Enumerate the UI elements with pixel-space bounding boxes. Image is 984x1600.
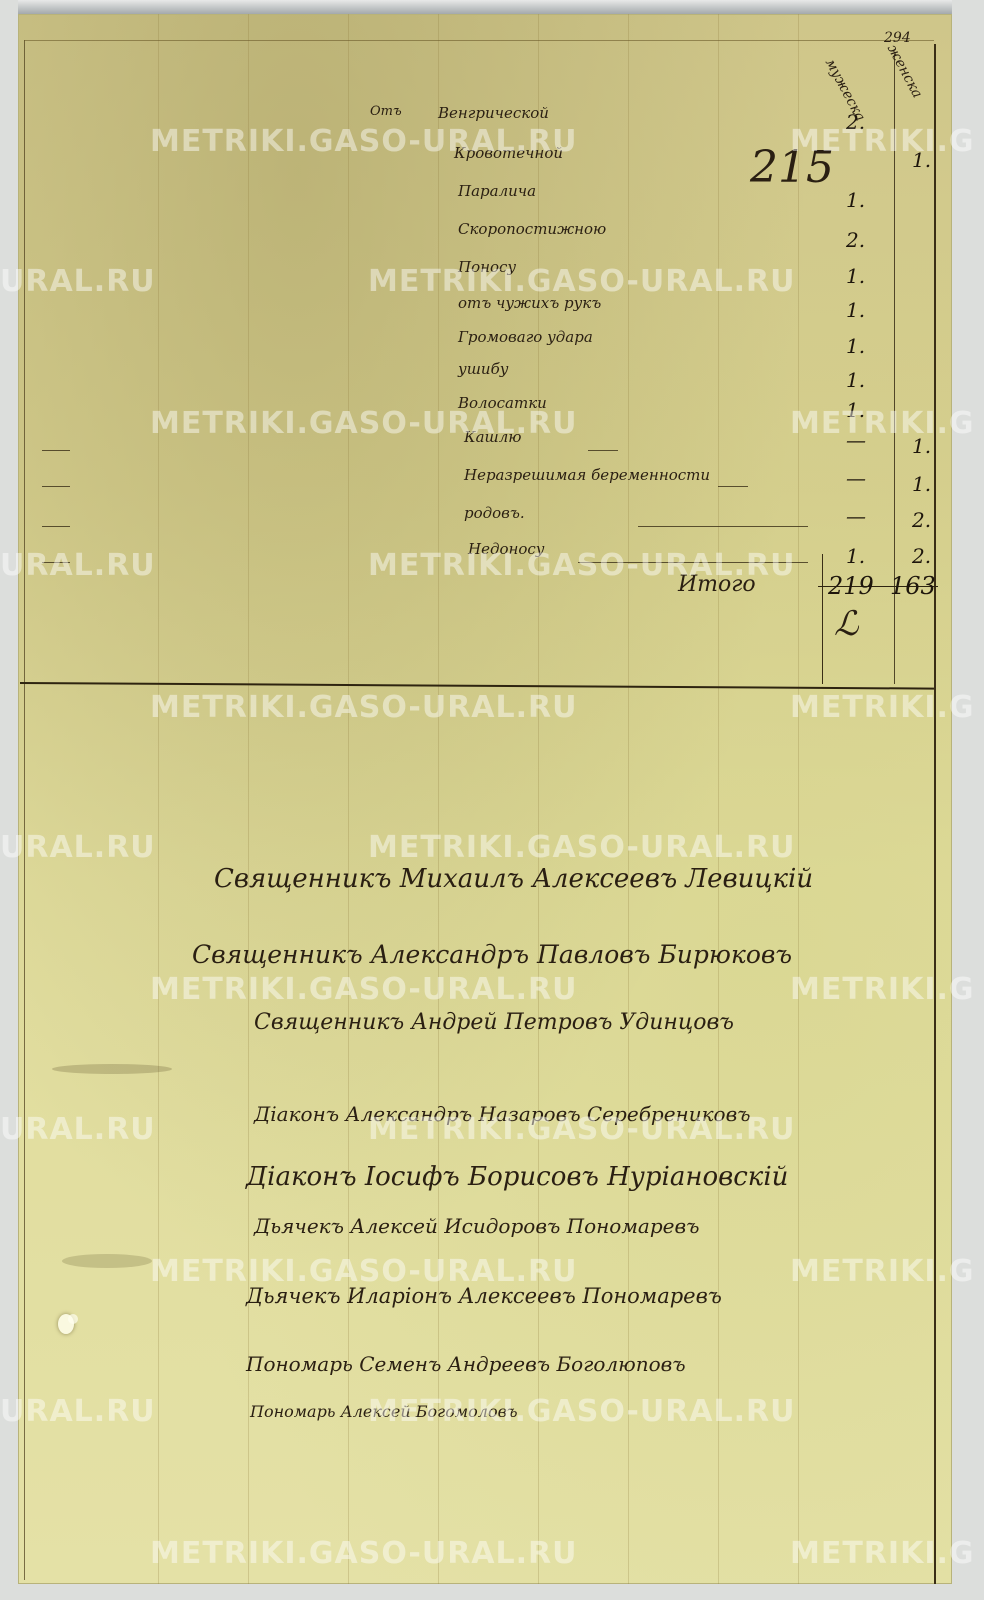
watermark: METRIKI.G bbox=[790, 124, 975, 159]
paper-texture bbox=[348, 14, 349, 1584]
signature-line: Священникъ Михаилъ Алексеевъ Левицкій bbox=[214, 864, 813, 894]
paper-texture bbox=[438, 14, 439, 1584]
signature-line: Священникъ Александръ Павловъ Бирюковъ bbox=[192, 940, 792, 969]
row-cause: Громоваго удара bbox=[458, 328, 593, 346]
watermark: URAL.RU bbox=[0, 548, 156, 583]
signature-line: Дьячекъ Алексей Исидоровъ Пономаревъ bbox=[254, 1214, 699, 1238]
row-dash bbox=[42, 526, 70, 527]
paper-texture bbox=[718, 14, 719, 1584]
document-page: 294 215 мужеска женска Отъ Венгрической … bbox=[18, 14, 952, 1584]
row-male: 1. bbox=[846, 368, 865, 392]
row-male: — bbox=[846, 504, 866, 528]
row-male: — bbox=[846, 466, 866, 490]
row-dash bbox=[638, 526, 808, 527]
row-female: 1. bbox=[912, 472, 931, 496]
row-cause: родовъ. bbox=[464, 504, 525, 522]
row-dash bbox=[718, 486, 748, 487]
paper-stain bbox=[62, 1254, 152, 1268]
watermark: METRIKI.GASO-URAL.RU bbox=[150, 124, 578, 159]
row-cause: Неразрешимая беременности bbox=[464, 466, 710, 484]
right-margin-rule bbox=[934, 44, 936, 1584]
paper-stain bbox=[68, 1314, 78, 1324]
watermark: URAL.RU bbox=[0, 1394, 156, 1429]
watermark: METRIKI.GASO-URAL.RU bbox=[368, 1394, 796, 1429]
watermark: URAL.RU bbox=[0, 264, 156, 299]
row-male: 1. bbox=[846, 544, 865, 568]
total-female: 163 bbox=[890, 572, 936, 600]
watermark: URAL.RU bbox=[0, 830, 156, 865]
paper-stain bbox=[52, 1064, 172, 1074]
watermark: METRIKI.GASO-URAL.RU bbox=[150, 406, 578, 441]
row-dash bbox=[42, 450, 70, 451]
row-dash bbox=[42, 486, 70, 487]
watermark: METRIKI.GASO-URAL.RU bbox=[150, 972, 578, 1007]
watermark: METRIKI.GASO-URAL.RU bbox=[368, 1112, 796, 1147]
watermark: METRIKI.G bbox=[790, 406, 975, 441]
row-male: 1. bbox=[846, 298, 865, 322]
row-male: 1. bbox=[846, 334, 865, 358]
watermark: METRIKI.GASO-URAL.RU bbox=[368, 830, 796, 865]
paper-texture bbox=[248, 14, 249, 1584]
signature-line: Пономарь Семенъ Андреевъ Боголюповъ bbox=[246, 1352, 686, 1376]
row-male: 2. bbox=[846, 228, 865, 252]
row-female: 2. bbox=[912, 544, 931, 568]
watermark: METRIKI.GASO-URAL.RU bbox=[150, 1254, 578, 1289]
row-cause: Венгрической bbox=[438, 104, 549, 122]
column-divider bbox=[822, 554, 823, 684]
row-male: 1. bbox=[846, 188, 865, 212]
row-cause: ушибу bbox=[458, 360, 508, 378]
watermark: METRIKI.GASO-URAL.RU bbox=[150, 690, 578, 725]
watermark: URAL.RU bbox=[0, 1112, 156, 1147]
paper-texture bbox=[158, 14, 159, 1584]
total-male: 219 bbox=[828, 572, 874, 600]
watermark: METRIKI.G bbox=[790, 972, 975, 1007]
signature-line: Діаконъ Іосифъ Борисовъ Нуріановскій bbox=[246, 1162, 788, 1192]
watermark: METRIKI.GASO-URAL.RU bbox=[150, 1536, 578, 1571]
watermark: METRIKI.GASO-URAL.RU bbox=[368, 548, 796, 583]
watermark: METRIKI.G bbox=[790, 1254, 975, 1289]
row-prefix: Отъ bbox=[370, 104, 402, 119]
column-header-female: женска bbox=[884, 42, 925, 101]
row-cause: Скоропостижною bbox=[458, 220, 606, 238]
signature-line: Священникъ Андрей Петровъ Удинцовъ bbox=[254, 1010, 734, 1035]
paper-texture bbox=[538, 14, 539, 1584]
paper-texture bbox=[798, 14, 799, 1584]
row-female: 2. bbox=[912, 508, 931, 532]
row-cause: Паралича bbox=[458, 182, 536, 200]
paper-texture bbox=[628, 14, 629, 1584]
row-male: 1. bbox=[846, 264, 865, 288]
watermark: METRIKI.G bbox=[790, 690, 975, 725]
watermark: METRIKI.GASO-URAL.RU bbox=[368, 264, 796, 299]
watermark: METRIKI.G bbox=[790, 1536, 975, 1571]
top-rule bbox=[24, 40, 934, 41]
row-dash bbox=[588, 450, 618, 451]
closing-flourish: ℒ bbox=[834, 604, 859, 644]
